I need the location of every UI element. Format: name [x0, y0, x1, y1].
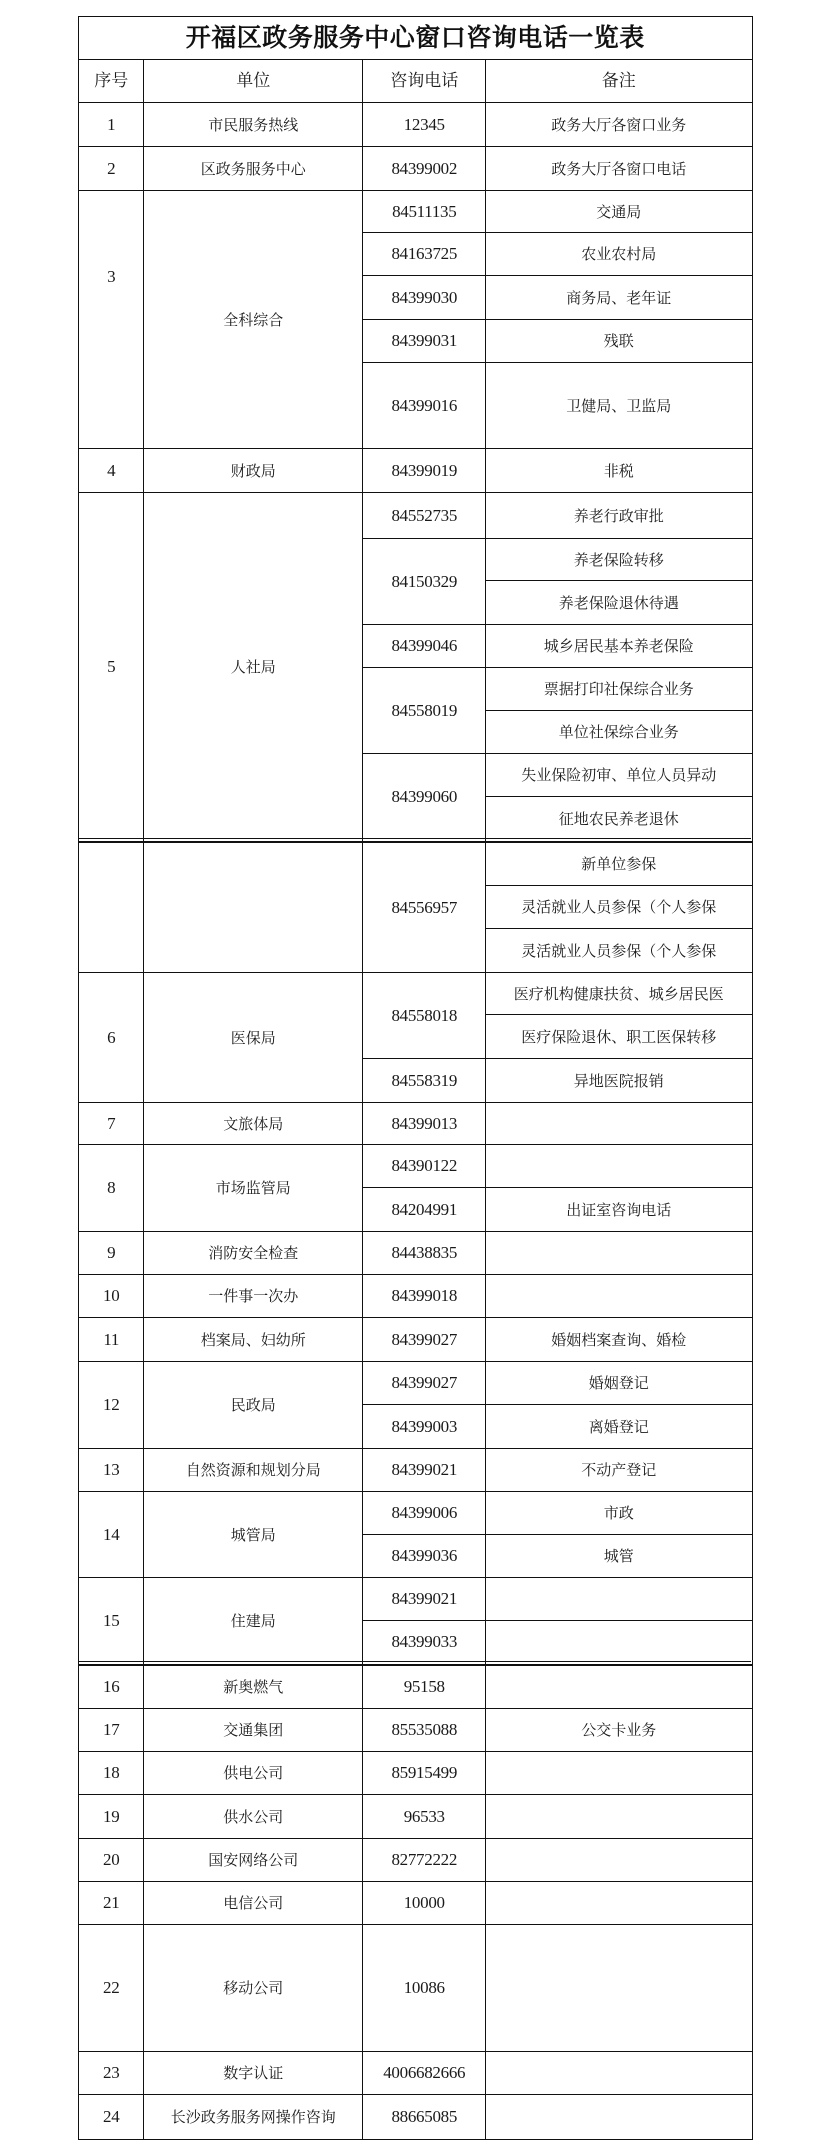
cell-note: [485, 1838, 753, 1883]
cell-phone: 84558019: [362, 667, 487, 755]
cell-note: [485, 1102, 753, 1146]
cell-note: 异地医院报销: [485, 1058, 753, 1104]
cell-note: [485, 1620, 753, 1665]
cell-unit: 交通集团: [143, 1708, 364, 1753]
header-note: 备注: [485, 59, 753, 104]
cell-index: 8: [78, 1144, 145, 1233]
cell-index: 15: [78, 1577, 145, 1665]
cell-unit: 消防安全检查: [143, 1231, 364, 1276]
cell-note: [485, 1924, 753, 2053]
cell-phone: 82772222: [362, 1838, 487, 1883]
cell-phone: 12345: [362, 102, 487, 148]
cell-index: 23: [78, 2051, 145, 2096]
cell-unit: 人社局: [143, 492, 364, 842]
cell-phone: 84399016: [362, 362, 487, 450]
cell-note: 医疗保险退休、职工医保转移: [485, 1014, 753, 1060]
cell-note: 征地农民养老退休: [485, 796, 753, 842]
cell-phone: 85915499: [362, 1751, 487, 1796]
cell-note: 残联: [485, 319, 753, 364]
cell-index: 7: [78, 1102, 145, 1146]
cell-phone: 88665085: [362, 2094, 487, 2140]
cell-index: 16: [78, 1665, 145, 1710]
cell-index: 22: [78, 1924, 145, 2053]
cell-index: 12: [78, 1361, 145, 1450]
cell-phone: 84552735: [362, 492, 487, 540]
cell-phone: 84399033: [362, 1620, 487, 1665]
cell-unit: 市民服务热线: [143, 102, 364, 148]
cell-unit: 长沙政务服务网操作咨询: [143, 2094, 364, 2140]
cell-note: 票据打印社保综合业务: [485, 667, 753, 712]
cell-phone: 84163725: [362, 232, 487, 277]
cell-index: 18: [78, 1751, 145, 1796]
cell-note: 婚姻档案查询、婚检: [485, 1317, 753, 1363]
cell-index: 2: [78, 146, 145, 192]
cell-note: [485, 2051, 753, 2096]
cell-unit: 数字认证: [143, 2051, 364, 2096]
cell-note: 商务局、老年证: [485, 275, 753, 321]
cell-note: [485, 1231, 753, 1276]
cell-phone: 4006682666: [362, 2051, 487, 2096]
cell-phone: 10000: [362, 1881, 487, 1926]
cell-note: [485, 1144, 753, 1189]
cell-note: 城管: [485, 1534, 753, 1579]
cell-unit: 市场监管局: [143, 1144, 364, 1233]
cell-unit: 全科综合: [143, 190, 364, 450]
cell-note: 政务大厅各窗口电话: [485, 146, 753, 192]
cell-unit: 区政务服务中心: [143, 146, 364, 192]
cell-index: 17: [78, 1708, 145, 1753]
cell-phone: 84438835: [362, 1231, 487, 1276]
cell-phone: 84399002: [362, 146, 487, 192]
cell-note: [485, 1577, 753, 1622]
cell-note: 灵活就业人员参保（个人参保: [485, 928, 753, 974]
cell-note: 出证室咨询电话: [485, 1187, 753, 1233]
cell-unit: 文旅体局: [143, 1102, 364, 1146]
cell-phone: 84390122: [362, 1144, 487, 1189]
cell-phone: 84399013: [362, 1102, 487, 1146]
cell-index: 13: [78, 1448, 145, 1493]
cell-note: 养老保险退休待遇: [485, 580, 753, 626]
cell-phone: 84558319: [362, 1058, 487, 1104]
cell-phone: 84556957: [362, 842, 487, 974]
cell-phone: 84399021: [362, 1448, 487, 1493]
cell-phone: 84399018: [362, 1274, 487, 1319]
cell-phone: 84399027: [362, 1317, 487, 1363]
cell-note: 医疗机构健康扶贫、城乡居民医: [485, 972, 753, 1016]
cell-phone: 84511135: [362, 190, 487, 234]
cell-note: 公交卡业务: [485, 1708, 753, 1753]
cell-phone: 84150329: [362, 538, 487, 626]
cell-note: [485, 1881, 753, 1926]
cell-phone: 96533: [362, 1794, 487, 1840]
cell-index: 20: [78, 1838, 145, 1883]
section-separator: [78, 1661, 751, 1662]
cell-index: 19: [78, 1794, 145, 1840]
cell-phone: 84399046: [362, 624, 487, 669]
cell-note: 养老行政审批: [485, 492, 753, 540]
cell-index: [78, 842, 145, 974]
cell-unit: 一件事一次办: [143, 1274, 364, 1319]
cell-phone: 84399036: [362, 1534, 487, 1579]
cell-unit: 电信公司: [143, 1881, 364, 1926]
phone-directory-table: 开福区政务服务中心窗口咨询电话一览表 序号 单位 咨询电话 备注 1市民服务热线…: [0, 0, 823, 2153]
cell-note: 市政: [485, 1491, 753, 1536]
cell-phone: 84399060: [362, 753, 487, 842]
cell-index: 14: [78, 1491, 145, 1579]
cell-index: 1: [78, 102, 145, 148]
cell-note: 养老保险转移: [485, 538, 753, 582]
cell-unit: 城管局: [143, 1491, 364, 1579]
section-separator: [78, 838, 751, 839]
cell-note: 离婚登记: [485, 1404, 753, 1450]
cell-index: 4: [78, 448, 145, 494]
cell-note: 婚姻登记: [485, 1361, 753, 1406]
cell-unit: 财政局: [143, 448, 364, 494]
cell-note: 交通局: [485, 190, 753, 234]
cell-note: 不动产登记: [485, 1448, 753, 1493]
cell-note: [485, 2094, 753, 2140]
cell-note: 失业保险初审、单位人员异动: [485, 753, 753, 798]
cell-phone: 84399030: [362, 275, 487, 321]
cell-note: [485, 1751, 753, 1796]
cell-phone: 84399027: [362, 1361, 487, 1406]
cell-note: 新单位参保: [485, 842, 753, 887]
cell-unit: [143, 842, 364, 974]
cell-note: 非税: [485, 448, 753, 494]
cell-unit: 档案局、妇幼所: [143, 1317, 364, 1363]
cell-index: 9: [78, 1231, 145, 1276]
cell-index: 11: [78, 1317, 145, 1363]
header-index: 序号: [78, 59, 145, 104]
cell-note: 卫健局、卫监局: [485, 362, 753, 450]
cell-phone: 84204991: [362, 1187, 487, 1233]
cell-phone: 84399003: [362, 1404, 487, 1450]
cell-note: [485, 1794, 753, 1840]
cell-phone: 84399021: [362, 1577, 487, 1622]
cell-note: 城乡居民基本养老保险: [485, 624, 753, 669]
cell-phone: 85535088: [362, 1708, 487, 1753]
cell-phone: 84399019: [362, 448, 487, 494]
cell-unit: 自然资源和规划分局: [143, 1448, 364, 1493]
cell-index: 5: [78, 492, 145, 842]
cell-index: 6: [78, 972, 145, 1104]
cell-unit: 民政局: [143, 1361, 364, 1450]
cell-phone: 95158: [362, 1665, 487, 1710]
cell-note: 单位社保综合业务: [485, 710, 753, 755]
cell-note: 灵活就业人员参保（个人参保: [485, 885, 753, 930]
cell-note: 政务大厅各窗口业务: [485, 102, 753, 148]
header-unit: 单位: [143, 59, 364, 104]
cell-index: 3: [78, 190, 145, 450]
cell-unit: 医保局: [143, 972, 364, 1104]
cell-note: [485, 1274, 753, 1319]
cell-index: 21: [78, 1881, 145, 1926]
cell-unit: 移动公司: [143, 1924, 364, 2053]
cell-index: 24: [78, 2094, 145, 2140]
header-phone: 咨询电话: [362, 59, 487, 104]
cell-unit: 供水公司: [143, 1794, 364, 1840]
table-title: 开福区政务服务中心窗口咨询电话一览表: [78, 16, 753, 61]
cell-phone: 84399031: [362, 319, 487, 364]
cell-phone: 10086: [362, 1924, 487, 2053]
cell-unit: 住建局: [143, 1577, 364, 1665]
cell-unit: 国安网络公司: [143, 1838, 364, 1883]
cell-unit: 供电公司: [143, 1751, 364, 1796]
cell-unit: 新奥燃气: [143, 1665, 364, 1710]
cell-note: [485, 1665, 753, 1710]
cell-phone: 84399006: [362, 1491, 487, 1536]
cell-phone: 84558018: [362, 972, 487, 1060]
cell-index: 10: [78, 1274, 145, 1319]
cell-note: 农业农村局: [485, 232, 753, 277]
